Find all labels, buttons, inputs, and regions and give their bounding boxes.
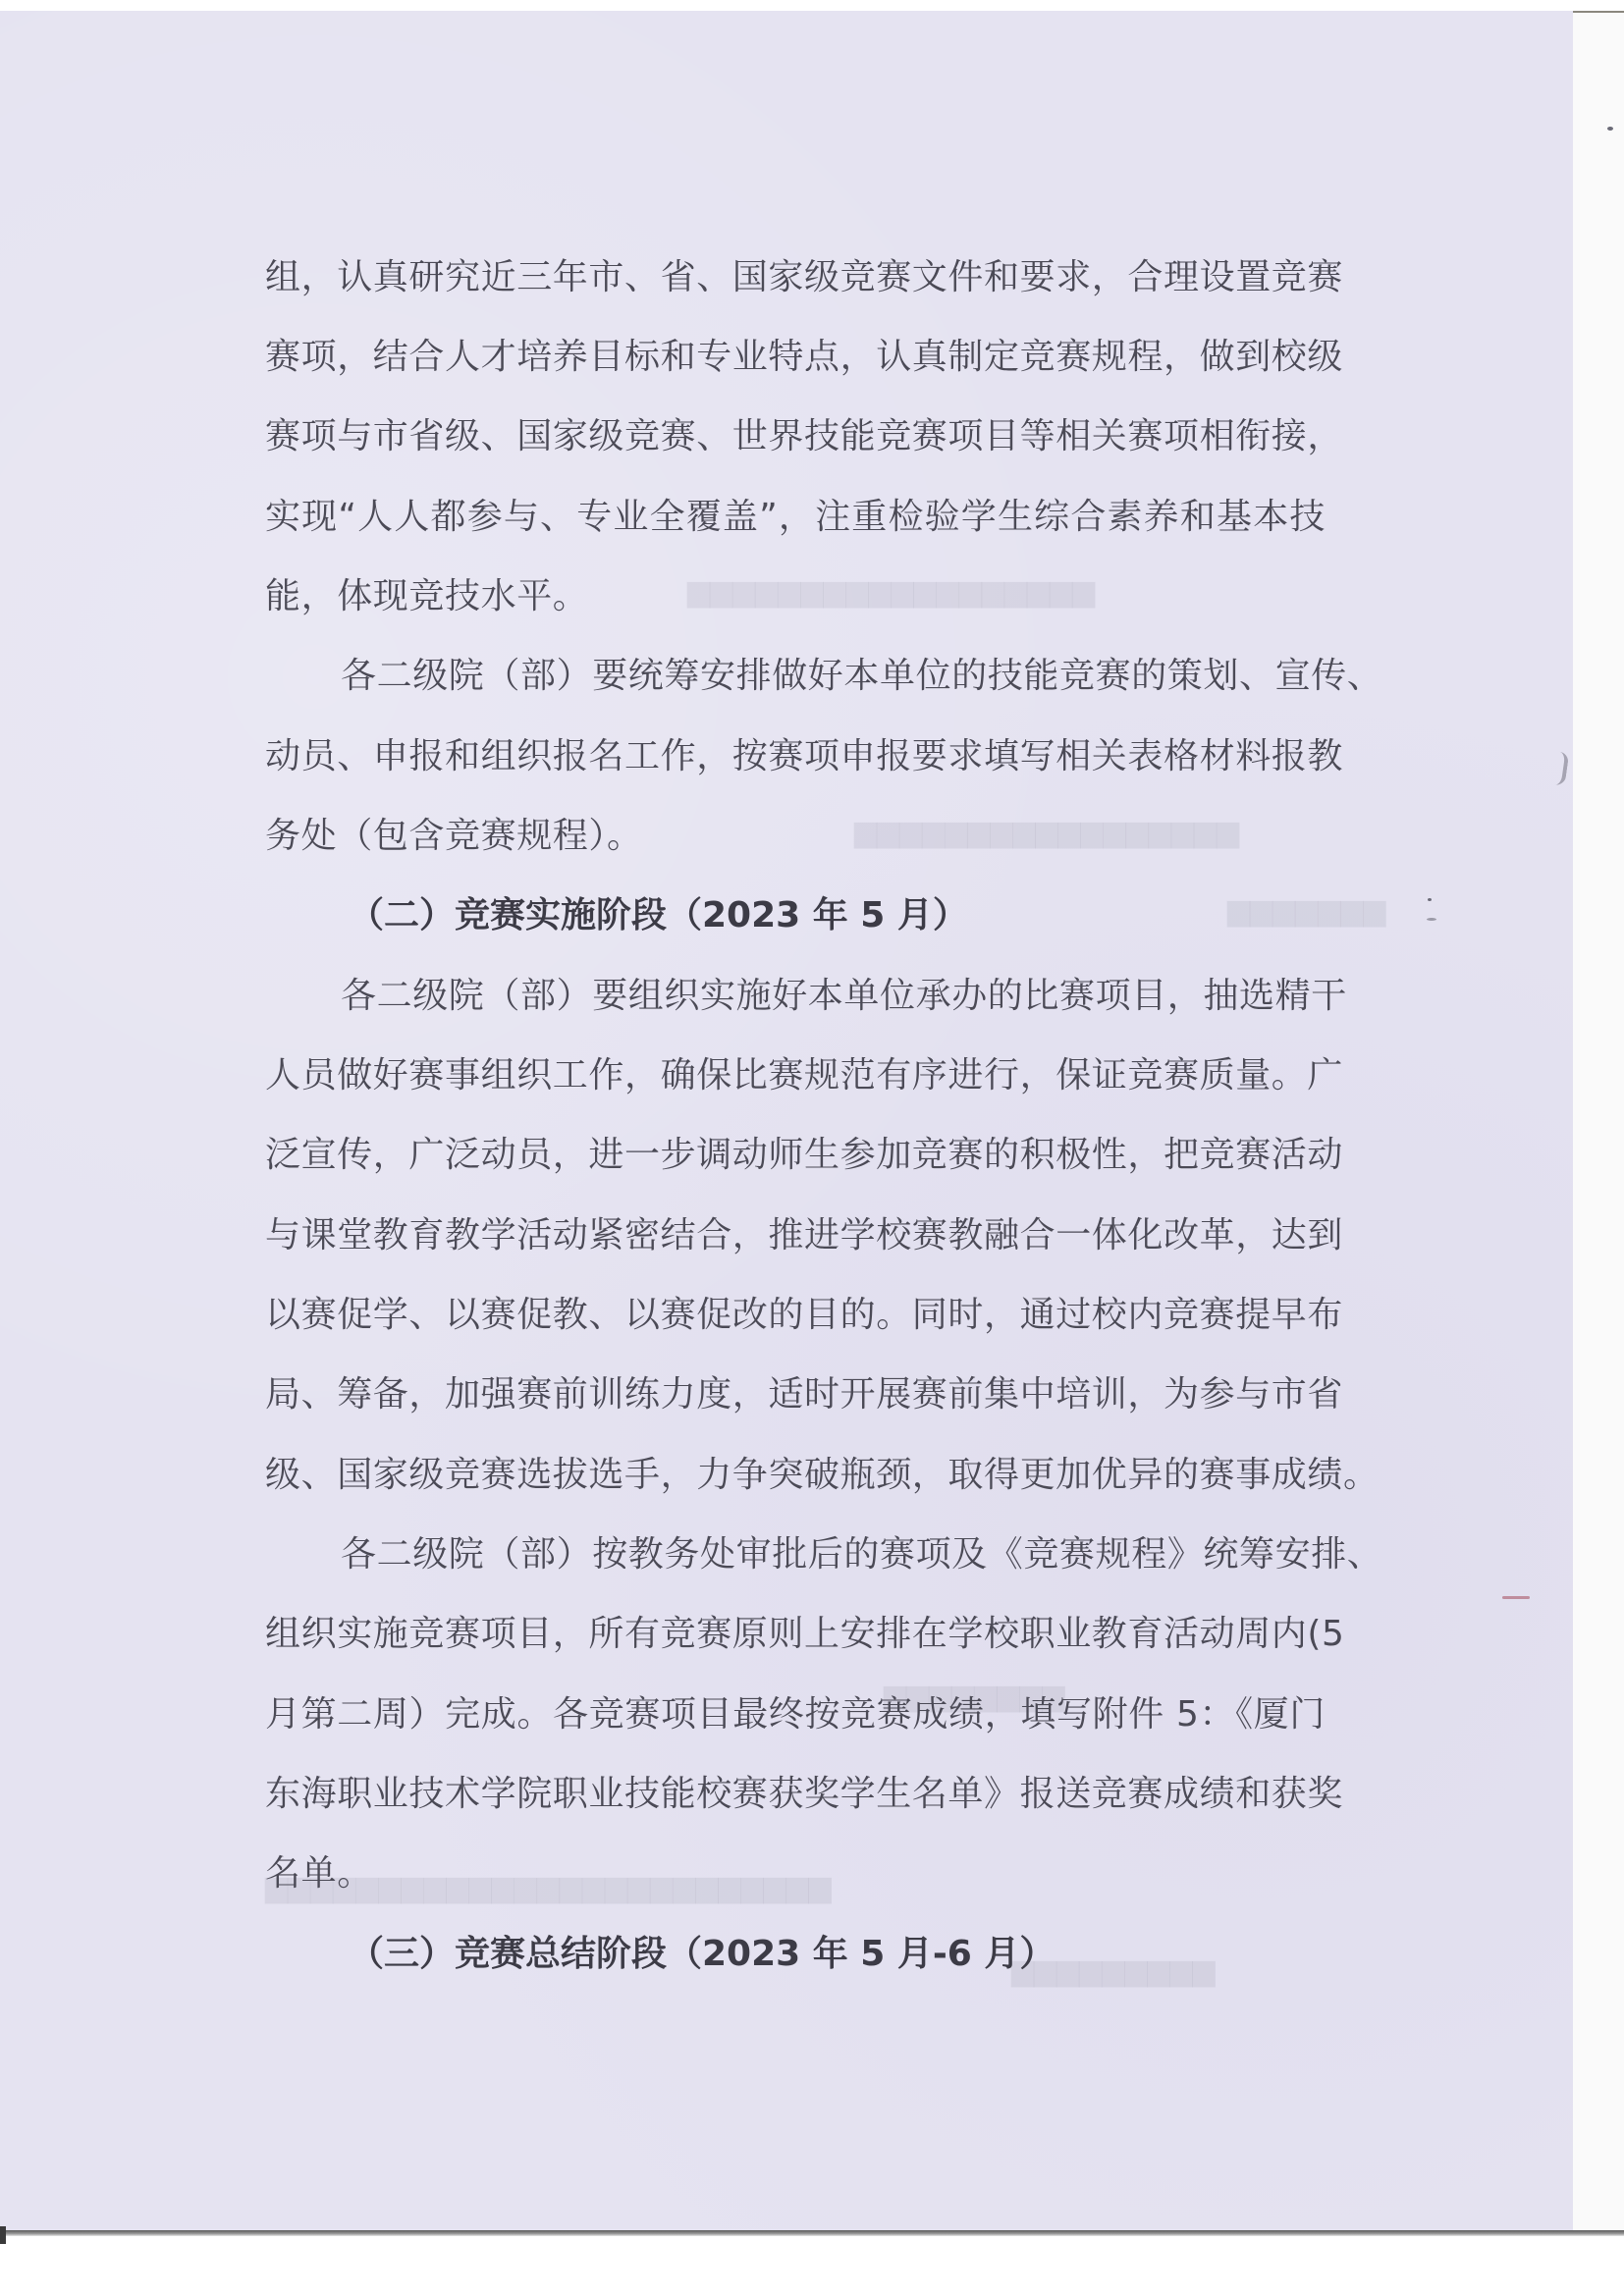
scan-speck bbox=[1607, 127, 1613, 131]
paragraph-first-line: 各二级院（部）要统筹安排做好本单位的技能竞赛的策划、宣传、 bbox=[341, 636, 1326, 716]
section-heading-implementation: （二）竞赛实施阶段（2023 年 5 月） bbox=[349, 876, 968, 955]
scanned-document: ▆▆▆▆▆▆▆▆▆▆▆▆▆▆▆▆▆▆ ▆▆▆▆▆▆▆▆▆▆▆▆▆▆▆▆▆ ▆▆▆… bbox=[0, 0, 1624, 2296]
body-line: 动员、申报和组织报名工作，按赛项申报要求填写相关表格材料报教 bbox=[265, 717, 1326, 796]
body-line: 以赛促学、以赛促教、以赛促改的目的。同时，通过校内竞赛提早布 bbox=[265, 1275, 1326, 1355]
scan-red-mark bbox=[1502, 1596, 1530, 1599]
body-line: 级、国家级竞赛选拔选手，力争突破瓶颈，取得更加优异的赛事成绩。 bbox=[265, 1435, 1326, 1515]
scanner-margin-strip bbox=[1573, 13, 1624, 2230]
section-heading-summary: （三）竞赛总结阶段（2023 年 5 月-6 月） bbox=[349, 1914, 1055, 1994]
body-line: 实现“人人都参与、专业全覆盖”，注重检验学生综合素养和基本技 bbox=[265, 477, 1326, 557]
page-corner-shadow bbox=[0, 2226, 6, 2244]
body-line: 赛项，结合人才培养目标和专业特点，认真制定竞赛规程，做到校级 bbox=[265, 317, 1326, 397]
body-line: 赛项与市省级、国家级竞赛、世界技能竞赛项目等相关赛项相衔接， bbox=[265, 397, 1326, 476]
body-line: 月第二周）完成。各竞赛项目最终按竞赛成绩，填写附件 5：《厦门 bbox=[265, 1675, 1326, 1754]
body-line: 人员做好赛事组织工作，确保比赛规范有序进行，保证竞赛质量。广 bbox=[265, 1036, 1326, 1115]
paragraph-first-line: 各二级院（部）按教务处审批后的赛项及《竞赛规程》统筹安排、 bbox=[341, 1515, 1326, 1594]
page-bottom-edge bbox=[0, 2230, 1624, 2236]
scan-speck bbox=[1427, 918, 1436, 921]
scan-speck bbox=[1428, 898, 1432, 901]
body-line: 东海职业技术学院职业技能校赛获奖学生名单》报送竞赛成绩和获奖 bbox=[265, 1754, 1326, 1834]
body-line: 泛宣传，广泛动员，进一步调动师生参加竞赛的积极性，把竞赛活动 bbox=[265, 1115, 1326, 1195]
body-line: 能，体现竞技水平。 bbox=[265, 557, 588, 636]
body-line: 务处（包含竞赛规程）。 bbox=[265, 796, 643, 876]
body-line: 局、筹备，加强赛前训练力度，适时开展赛前集中培训，为参与市省 bbox=[265, 1355, 1326, 1434]
body-line: 名单。 bbox=[265, 1834, 373, 1913]
body-line: 组，认真研究近三年市、省、国家级竞赛文件和要求，合理设置竞赛 bbox=[265, 238, 1326, 317]
paragraph-first-line: 各二级院（部）要组织实施好本单位承办的比赛项目，抽选精干 bbox=[341, 956, 1326, 1036]
body-line: 与课堂教育教学活动紧密结合，推进学校赛教融合一体化改革，达到 bbox=[265, 1196, 1326, 1275]
body-line: 组织实施竞赛项目，所有竞赛原则上安排在学校职业教育活动周内(5 bbox=[265, 1594, 1326, 1674]
